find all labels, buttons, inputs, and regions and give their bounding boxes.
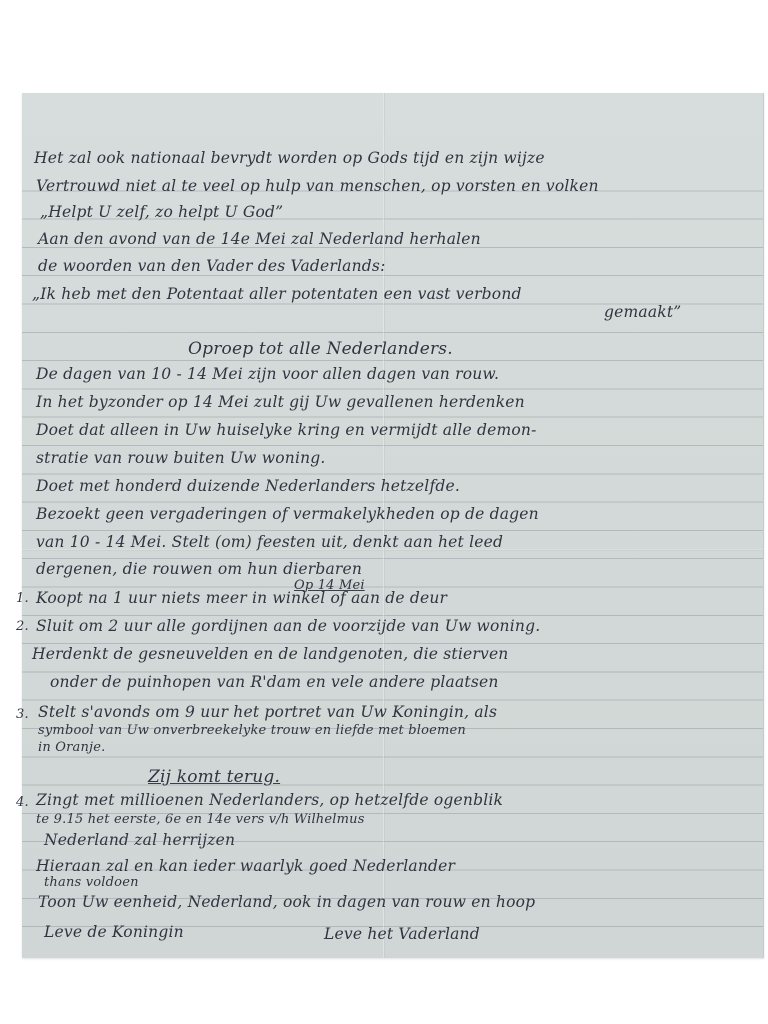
intro-line-5: de woorden van den Vader des Vaderlands:	[38, 257, 386, 275]
item-3-line-3: in Oranje.	[38, 740, 106, 755]
appeal-line-5: Doet met honderd duizende Nederlanders h…	[36, 477, 460, 495]
item-3-line-2: symbool van Uw onverbreekelyke trouw en …	[38, 723, 466, 738]
item-3-number: 3.	[16, 707, 29, 722]
item-3-line-1: Stelt s'avonds om 9 uur het portret van …	[38, 703, 497, 721]
closing-left: Leve de Koningin	[44, 923, 184, 941]
final-line-1: Zingt met millioenen Nederlanders, op he…	[36, 791, 503, 809]
item-1-number: 1.	[16, 591, 29, 606]
appeal-line-3: Doet dat alleen in Uw huiselyke kring en…	[36, 421, 537, 439]
item-2-number: 2.	[16, 619, 29, 634]
item-2-line-2: Herdenkt de gesneuvelden en de landgenot…	[32, 645, 509, 663]
intro-line-2: Vertrouwd niet al te veel op hulp van me…	[36, 177, 599, 195]
letter-page: Het zal ook nationaal bevrydt worden op …	[22, 93, 764, 958]
appeal-line-6: Bezoekt geen vergaderingen of vermakelyk…	[36, 505, 539, 523]
intro-line-6-quote: „Ik heb met den Potentaat aller potentat…	[32, 285, 522, 303]
item-2-line-3: onder de puinhopen van R'dam en vele and…	[50, 673, 499, 691]
closing-right: Leve het Vaderland	[324, 925, 480, 943]
final-line-2: te 9.15 het eerste, 6e en 14e vers v/h W…	[36, 812, 365, 827]
appeal-line-7: van 10 - 14 Mei. Stelt (om) feesten uit,…	[36, 533, 503, 551]
motto: Zij komt terug.	[148, 767, 280, 787]
intro-line-3-quote: „Helpt U zelf, zo helpt U God”	[40, 203, 283, 221]
intro-line-1: Het zal ook nationaal bevrydt worden op …	[34, 149, 545, 167]
final-line-4: Hieraan zal en kan ieder waarlyk goed Ne…	[36, 857, 455, 875]
intro-line-7: gemaakt”	[604, 303, 681, 321]
appeal-line-2: In het byzonder op 14 Mei zult gij Uw ge…	[36, 393, 525, 411]
item-1-line-1: Koopt na 1 uur niets meer in winkel of a…	[36, 589, 447, 607]
vertical-fold-crease	[383, 93, 385, 958]
intro-line-4: Aan den avond van de 14e Mei zal Nederla…	[38, 230, 481, 248]
appeal-line-8: dergenen, die rouwen om hun dierbaren	[36, 560, 362, 578]
final-line-3: Nederland zal herrijzen	[44, 831, 235, 849]
item-4-number: 4.	[16, 795, 29, 810]
appeal-title: Oproep tot alle Nederlanders.	[188, 339, 453, 359]
final-line-5: thans voldoen	[44, 875, 139, 890]
final-line-6: Toon Uw eenheid, Nederland, ook in dagen…	[38, 893, 535, 911]
appeal-line-4: stratie van rouw buiten Uw woning.	[36, 449, 326, 467]
item-2-line-1: Sluit om 2 uur alle gordijnen aan de voo…	[36, 617, 540, 635]
appeal-line-1: De dagen van 10 - 14 Mei zijn voor allen…	[36, 365, 499, 383]
